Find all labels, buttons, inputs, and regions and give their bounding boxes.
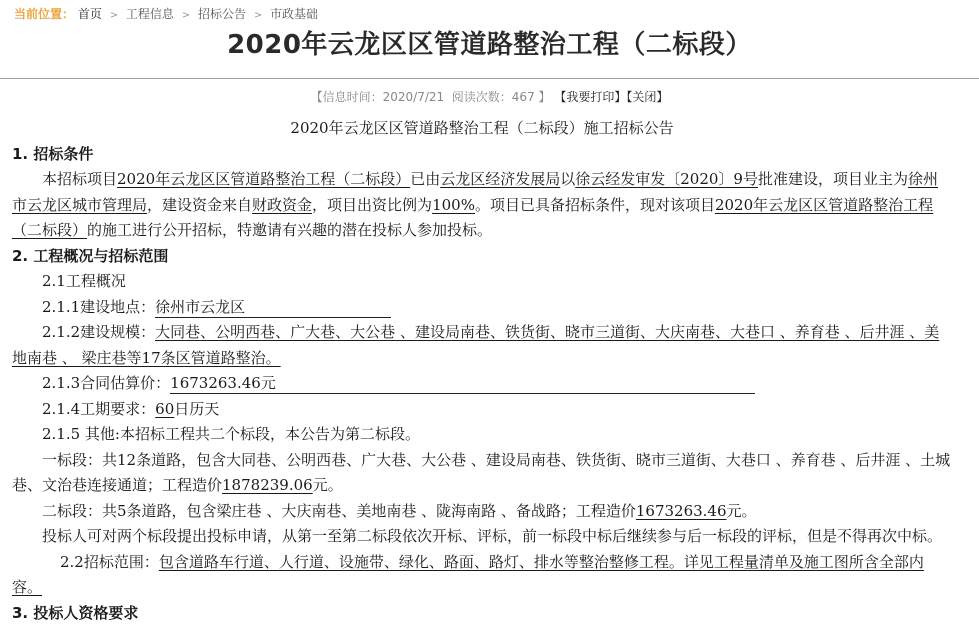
text: 元。 [313, 476, 343, 494]
section-1-paragraph: 本招标项目2020年云龙区区管道路整治工程（二标段）已由云龙区经济发展局以徐云经… [12, 167, 952, 244]
approval-doc-number: 徐云经发审发〔2020〕9号 [575, 170, 758, 188]
bid-rule-paragraph: 投标人可对两个标段提出投标申请，从第一至第二标段依次开标、评标，前一标段中标后继… [12, 524, 952, 550]
page-title: 2020年云龙区区管道路整治工程（二标段） [0, 24, 979, 61]
text: 的施工进行公开招标，特邀请有兴趣的潜在投标人参加投标。 [87, 221, 492, 239]
section-1-heading: 1. 招标条件 [12, 142, 952, 168]
breadcrumb-home-link[interactable]: 首页 [78, 7, 102, 21]
location-row: 2.1.1建设地点：徐州市云龙区 [12, 295, 952, 321]
section-2-heading: 2. 工程概况与招标范围 [12, 244, 952, 270]
lot-1-text: 一标段：共12条道路，包含大同巷、公明西巷、广大巷、大公巷 、建设局南巷、铁货街… [12, 451, 950, 495]
publish-date: 2020/7/21 [383, 90, 445, 104]
text: 以 [560, 170, 575, 188]
breadcrumb-label: 当前位置： [14, 7, 74, 21]
text: 已由 [410, 170, 440, 188]
lot-2-paragraph: 二标段：共5条道路，包含梁庄巷 、大庆南巷、美地南巷 、陇海南路 、备战路；工程… [12, 499, 952, 525]
lot-1-price: 1878239.06 [222, 476, 313, 494]
lot-2-price: 1673263.46 [636, 502, 727, 520]
scope-row: 2.2招标范围：包含道路车行道、人行道、设施带、绿化、路面、路灯、排水等整治整修… [12, 550, 952, 601]
print-button[interactable]: 【我要打印】 [554, 90, 626, 104]
meta-suffix: 】 [539, 90, 551, 104]
period-unit: 日历天 [174, 400, 219, 418]
period-label: 2.1.4工期要求： [42, 400, 155, 418]
article-meta: 【信息时间：2020/7/21 阅读次数：467 】 【我要打印】【关闭】 [0, 88, 979, 105]
section-3-heading: 3. 投标人资格要求 [12, 601, 952, 627]
overview-heading: 2.1工程概况 [12, 269, 952, 295]
breadcrumb: 当前位置： 首页 > 工程信息 > 招标公告 > 市政基础 [14, 5, 318, 22]
scale-row: 2.1.2建设规模：大同巷、公明西巷、广大巷、大公巷 、建设局南巷、铁货街、晓市… [12, 320, 952, 371]
views-label: 阅读次数： [452, 90, 512, 104]
breadcrumb-separator-icon: > [182, 10, 190, 21]
fund-source: 财政资金 [252, 196, 312, 214]
price-row: 2.1.3合同估算价：1673263.46元 [12, 371, 952, 397]
breadcrumb-municipal-link[interactable]: 市政基础 [270, 7, 318, 21]
document-body: 2020年云龙区区管道路整治工程（二标段）施工招标公告 1. 招标条件 本招标项… [12, 116, 952, 626]
other-row: 2.1.5 其他:本招标工程共二个标段，本公告为第二标段。 [12, 422, 952, 448]
lot-1-paragraph: 一标段：共12条道路，包含大同巷、公明西巷、广大巷、大公巷 、建设局南巷、铁货街… [12, 448, 952, 499]
location-label: 2.1.1建设地点： [42, 298, 155, 316]
scale-label: 2.1.2建设规模： [42, 323, 155, 341]
title-divider [0, 78, 979, 79]
location-value: 徐州市云龙区 [155, 298, 391, 318]
period-value: 60 [155, 400, 174, 418]
breadcrumb-tender-notice-link[interactable]: 招标公告 [198, 7, 246, 21]
project-name: 2020年云龙区区管道路整治工程（二标段） [117, 170, 410, 188]
view-count: 467 [512, 90, 535, 104]
text: 本招标项目 [42, 170, 117, 188]
breadcrumb-separator-icon: > [254, 10, 262, 21]
price-label: 2.1.3合同估算价： [42, 374, 170, 392]
text: 批准建设，项目业主为 [758, 170, 908, 188]
text: 元。 [727, 502, 757, 520]
breadcrumb-engineering-info-link[interactable]: 工程信息 [126, 7, 174, 21]
text: 。项目已具备招标条件，现对该项目 [475, 196, 715, 214]
text: ，建设资金来自 [147, 196, 252, 214]
breadcrumb-separator-icon: > [110, 10, 118, 21]
lot-2-text: 二标段：共5条道路，包含梁庄巷 、大庆南巷、美地南巷 、陇海南路 、备战路；工程… [42, 502, 636, 520]
document-subtitle: 2020年云龙区区管道路整治工程（二标段）施工招标公告 [12, 116, 952, 142]
price-value: 1673263.46元 [170, 374, 755, 394]
text: ，项目出资比例为 [312, 196, 432, 214]
period-row: 2.1.4工期要求：60日历天 [12, 397, 952, 423]
fund-ratio: 100% [432, 196, 475, 214]
approver: 云龙区经济发展局 [440, 170, 560, 188]
meta-prefix: 【信息时间： [311, 90, 383, 104]
scope-label: 2.2招标范围： [60, 553, 159, 571]
close-button[interactable]: 【关闭】 [626, 90, 668, 104]
